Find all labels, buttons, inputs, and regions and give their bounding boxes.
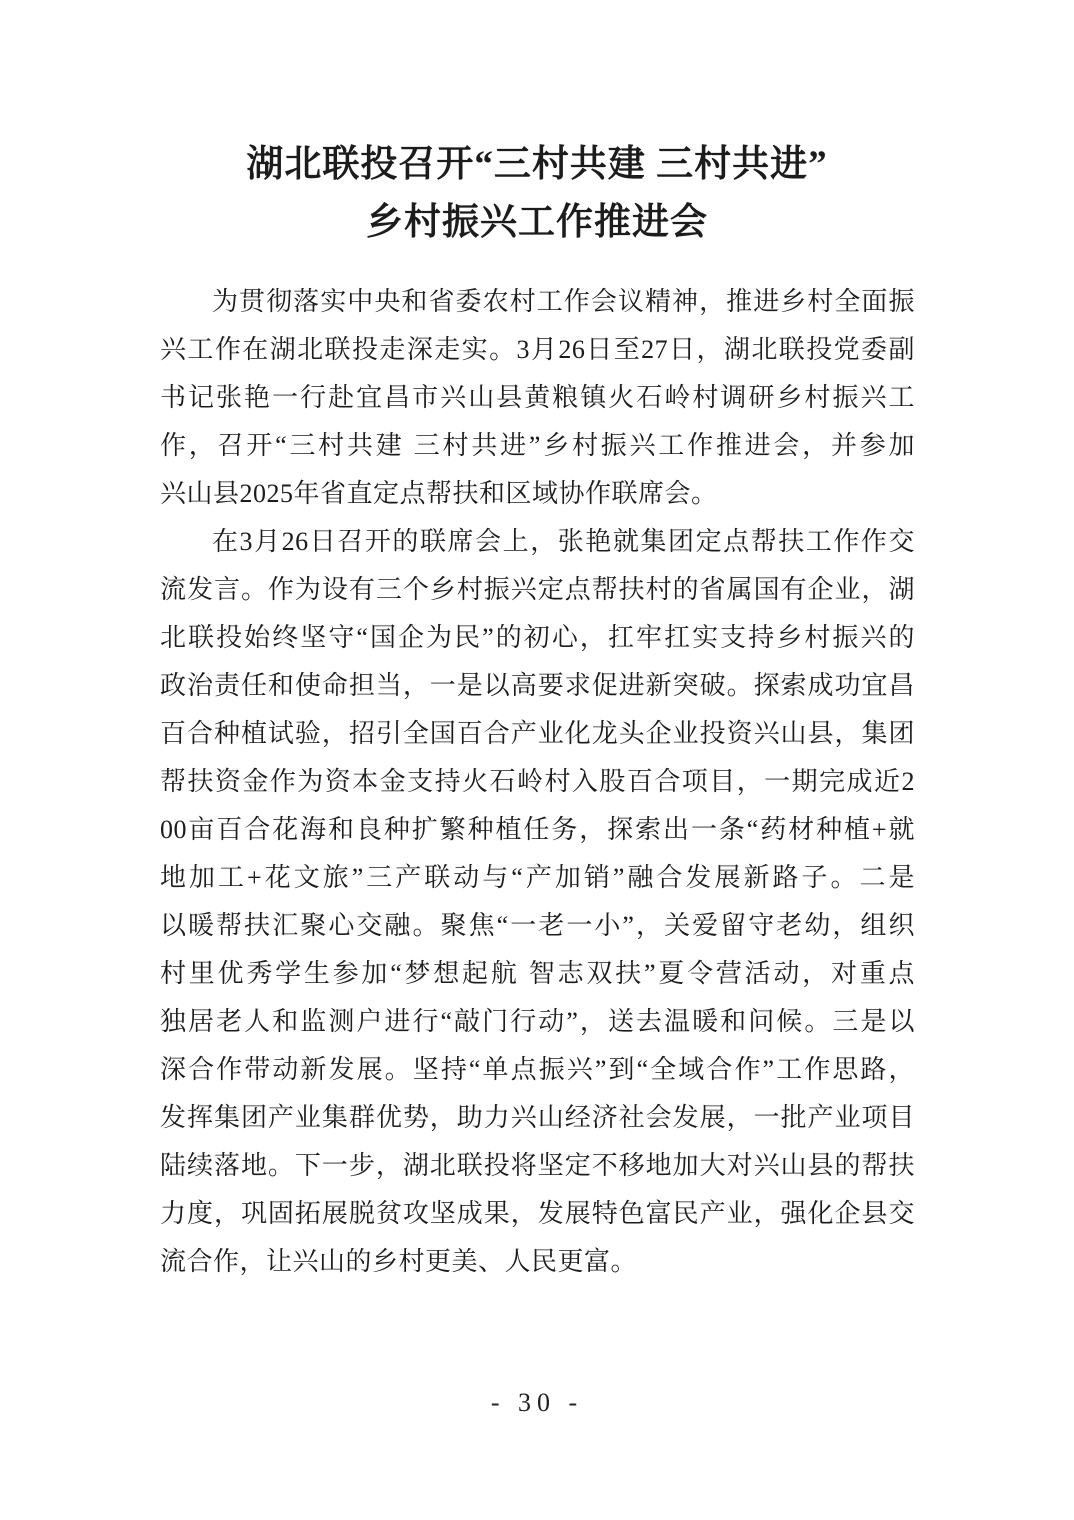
text-line: 兴工作在湖北联投走深走实。3月26日至27日，湖北联投党委副: [160, 326, 915, 374]
text-line: 发挥集团产业集群优势，助力兴山经济社会发展，一批产业项目: [160, 1094, 915, 1142]
text-line: 地加工+花文旅”三产联动与“产加销”融合发展新路子。二是: [160, 854, 915, 902]
text-line: 兴山县2025年省直定点帮扶和区域协作联席会。: [160, 470, 915, 518]
text-line: 村里优秀学生参加“梦想起航 智志双扶”夏令营活动，对重点: [160, 950, 915, 998]
text-line: 百合种植试验，招引全国百合产业化龙头企业投资兴山县，集团: [160, 710, 915, 758]
text-line: 00亩百合花海和良种扩繁种植任务，探索出一条“药材种植+就: [160, 806, 915, 854]
text-line: 独居老人和监测户进行“敲门行动”，送去温暖和问候。三是以: [160, 998, 915, 1046]
text-line: 为贯彻落实中央和省委农村工作会议精神，推进乡村全面振: [160, 278, 915, 326]
page-number: - 30 -: [0, 1388, 1074, 1418]
title-line-2: 乡村振兴工作推进会: [0, 194, 1074, 252]
text-line: 书记张艳一行赴宜昌市兴山县黄粮镇火石岭村调研乡村振兴工: [160, 374, 915, 422]
paragraph: 在3月26日召开的联席会上，张艳就集团定点帮扶工作作交流发言。作为设有三个乡村振…: [160, 518, 915, 1286]
text-line: 流发言。作为设有三个乡村振兴定点帮扶村的省属国有企业，湖: [160, 566, 915, 614]
text-line: 政治责任和使命担当，一是以高要求促进新突破。探索成功宜昌: [160, 662, 915, 710]
title-line-1: 湖北联投召开“三村共建 三村共进”: [0, 136, 1074, 194]
text-line: 作，召开“三村共建 三村共进”乡村振兴工作推进会，并参加: [160, 422, 915, 470]
text-line: 在3月26日召开的联席会上，张艳就集团定点帮扶工作作交: [160, 518, 915, 566]
document-page: 湖北联投召开“三村共建 三村共进” 乡村振兴工作推进会 为贯彻落实中央和省委农村…: [0, 0, 1074, 1520]
text-line: 深合作带动新发展。坚持“单点振兴”到“全域合作”工作思路，: [160, 1046, 915, 1094]
text-line: 力度，巩固拓展脱贫攻坚成果，发展特色富民产业，强化企县交: [160, 1190, 915, 1238]
text-line: 以暖帮扶汇聚心交融。聚焦“一老一小”，关爱留守老幼，组织: [160, 902, 915, 950]
text-line: 陆续落地。下一步，湖北联投将坚定不移地加大对兴山县的帮扶: [160, 1142, 915, 1190]
text-line: 流合作，让兴山的乡村更美、人民更富。: [160, 1238, 915, 1286]
text-line: 北联投始终坚守“国企为民”的初心，扛牢扛实支持乡村振兴的: [160, 614, 915, 662]
text-line: 帮扶资金作为资本金支持火石岭村入股百合项目，一期完成近2: [160, 758, 915, 806]
body-paragraphs: 为贯彻落实中央和省委农村工作会议精神，推进乡村全面振兴工作在湖北联投走深走实。3…: [160, 278, 915, 1286]
document-title: 湖北联投召开“三村共建 三村共进” 乡村振兴工作推进会: [0, 0, 1074, 252]
paragraph: 为贯彻落实中央和省委农村工作会议精神，推进乡村全面振兴工作在湖北联投走深走实。3…: [160, 278, 915, 518]
